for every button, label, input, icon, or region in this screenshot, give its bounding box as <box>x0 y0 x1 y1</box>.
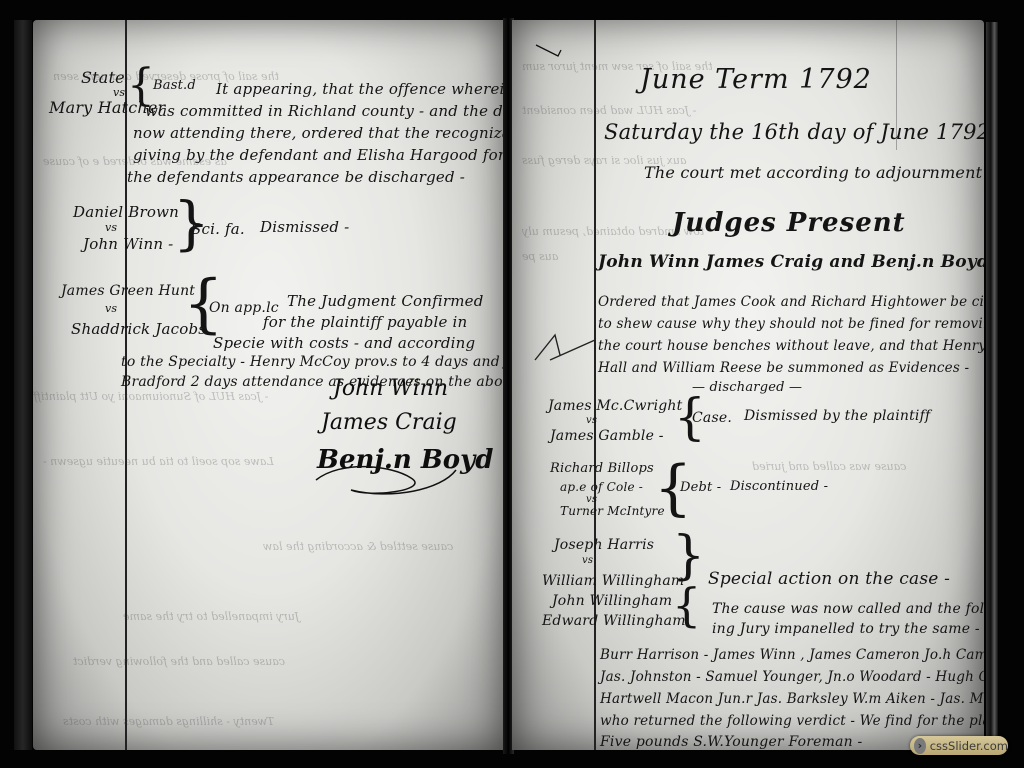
case-defendant: Edward Willingham <box>542 613 686 629</box>
bleed-through-text: - Jcas HUL wad been consident <box>522 104 696 117</box>
case-outcome: Dismissed - <box>260 218 349 236</box>
case-defendant: Turner McIntyre <box>560 504 665 518</box>
term-title: June Term 1792 <box>640 64 872 95</box>
judges-present-heading: Judges Present <box>672 208 906 238</box>
case-text-line: the defendants appearance be discharged … <box>127 168 465 186</box>
case-text-line: Specie with costs - and according <box>213 334 475 352</box>
judge-signature: John Winn <box>333 376 448 401</box>
signature-flourish-icon <box>311 460 461 500</box>
margin-pointer-icon <box>530 320 600 370</box>
bleed-through-text: cause was called and juried <box>752 460 906 473</box>
case-plaintiff: James Mc.Cwright <box>548 398 682 414</box>
bleed-through-text: Lawe sop soeil to tia bu neeutie ugsewn … <box>43 455 274 468</box>
case-defendant: James Gamble - <box>550 428 664 444</box>
order-line: to shew cause why they should not be fin… <box>598 316 984 332</box>
case-action: Case. <box>692 410 732 426</box>
case-text-line: giving by the defendant and Elisha Hargo… <box>133 146 505 164</box>
case-text-line: ing Jury impanelled to try the same - <box>712 621 980 637</box>
bleed-through-text: cause settled & according the law <box>263 540 453 553</box>
brace-icon: { <box>672 582 701 628</box>
case-plaintiff-note: ap.e of Cole - <box>560 480 643 494</box>
case-vs: vs <box>105 302 117 315</box>
badge-label: cssSlider.com <box>930 739 1008 753</box>
case-plaintiff: Richard Billops <box>550 461 654 476</box>
case-text-line: for the plaintiff payable in <box>263 313 467 331</box>
case-plaintiff: James Green Hunt <box>61 283 195 299</box>
order-line: Ordered that James Cook and Richard High… <box>598 294 984 310</box>
csslider-badge-link[interactable]: › cssSlider.com <box>910 736 1008 755</box>
bleed-through-text: - Jcas HUL of Sunoiumaoni yo Utt plainti… <box>33 390 268 403</box>
session-date: Saturday the 16th day of June 1792. <box>604 120 984 144</box>
book-edge-left <box>14 20 32 750</box>
margin-rule <box>594 20 596 750</box>
case-plaintiff: Daniel Brown <box>73 203 179 221</box>
case-action: Debt - <box>680 480 721 495</box>
court-met-line: The court met according to adjournment <box>644 163 982 182</box>
margin-note-state: State <box>81 68 125 87</box>
case-label: Bast.d <box>153 78 196 93</box>
case-text-line: It appearing, that the offence wherein <box>216 80 505 98</box>
chevron-right-icon: › <box>914 738 926 754</box>
jury-line: Jas. Johnston - Samuel Younger, Jn.o Woo… <box>600 669 984 685</box>
order-line: Hall and William Reese be summoned as Ev… <box>598 360 969 376</box>
case-text-line: to the Specialty - Henry McCoy prov.s to… <box>121 354 505 370</box>
judges-names: John Winn James Craig and Benj.n Boyd Es… <box>598 252 984 272</box>
jury-line: Hartwell Macon Jun.r Jas. Barksley W.m A… <box>600 691 984 707</box>
case-text-line: was committed in Richland county - and t… <box>145 102 505 120</box>
verdict-line: Five pounds S.W.Younger Foreman - <box>600 734 862 750</box>
bleed-through-text: aus pe <box>522 250 558 263</box>
discharged-note: — discharged — <box>692 380 802 395</box>
bleed-through-text: Twenty - shillings damages with costs <box>63 715 274 728</box>
case-text-line: The cause was now called and the follow <box>712 601 984 617</box>
bleed-through-text: Jury impanelled to try the same <box>123 610 299 623</box>
order-line: the court house benches without leave, a… <box>598 338 984 354</box>
case-defendant: William Willingham <box>542 573 684 589</box>
case-text-line: now attending there, ordered that the re… <box>133 124 505 142</box>
judge-signature: James Craig <box>321 410 457 435</box>
case-defendant: John Willingham <box>552 593 672 609</box>
case-outcome: Dismissed by the plaintiff <box>744 408 930 424</box>
case-vs: vs <box>586 415 597 426</box>
case-plaintiff: Joseph Harris <box>554 537 654 553</box>
book-edge-right <box>986 22 998 742</box>
case-vs: vs <box>582 555 593 566</box>
case-action: Special action on the case - <box>708 569 950 589</box>
check-mark-icon <box>534 42 564 62</box>
right-page: the sail of ser sew ment juror sum - Jca… <box>512 20 984 750</box>
brace-icon: { <box>672 530 705 582</box>
jury-line: Burr Harrison - James Winn , James Camer… <box>600 647 984 663</box>
case-action: Sci. fa. <box>191 220 245 238</box>
case-vs: vs <box>105 221 117 234</box>
left-page: the sail of prose deserved and nere seen… <box>33 20 505 750</box>
bleed-through-text: cause called and the following verdict <box>73 655 285 668</box>
case-outcome: Discontinued - <box>730 479 828 494</box>
case-defendant: John Winn - <box>83 235 173 253</box>
case-text-line: The Judgment Confirmed <box>287 292 484 310</box>
jury-line: who returned the following verdict - We … <box>600 713 984 729</box>
